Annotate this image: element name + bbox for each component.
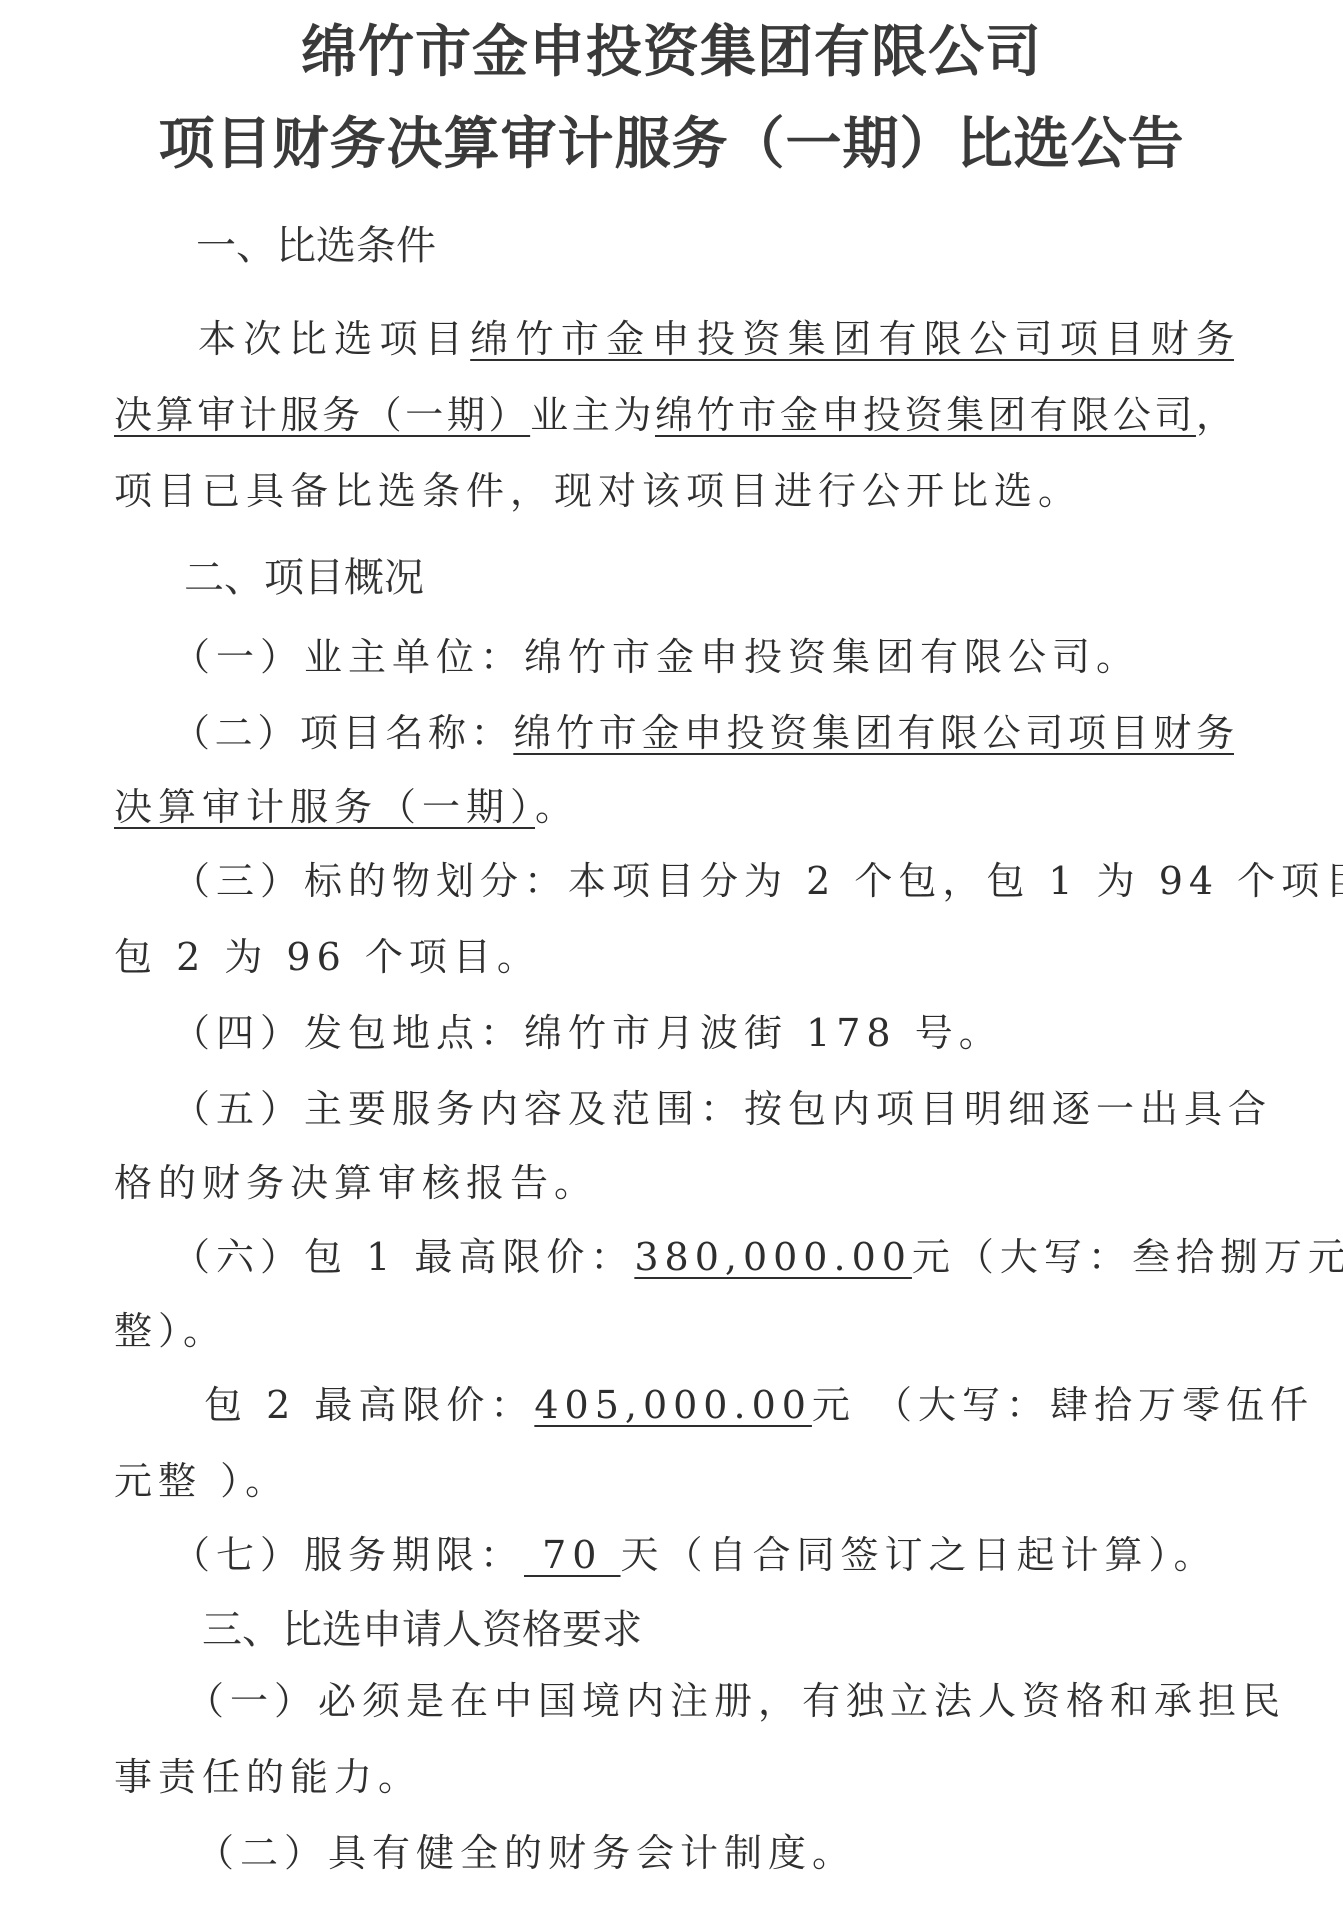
project-name-underlined: 绵竹市金申投资集团有限公司项目财务 xyxy=(513,711,1234,755)
project-name-underlined: 绵竹市金申投资集团有限公司项目财务 xyxy=(470,317,1234,361)
item-lot2-max-price: 包 2 最高限价：405,000.00元 （大写：肆拾万零伍仟 xyxy=(204,1374,1324,1429)
section1-paragraph-line3: 项目已具备比选条件，现对该项目进行公开比选。 xyxy=(114,460,1234,515)
qualification-item2: （二）具有健全的财务会计制度。 xyxy=(196,1822,1316,1877)
document-title-line1: 绵竹市金申投资集团有限公司 xyxy=(0,8,1343,88)
label: 包 2 最高限价： xyxy=(204,1383,534,1427)
section1-paragraph-line2: 决算审计服务（一期）业主为绵竹市金申投资集团有限公司， xyxy=(114,384,1234,439)
text: 业主为 xyxy=(530,393,655,437)
section1-paragraph-line1: 本次比选项目绵竹市金申投资集团有限公司项目财务 xyxy=(114,308,1234,363)
label: （七）服务期限： xyxy=(172,1533,524,1577)
item-service-scope-line2: 格的财务决算审核报告。 xyxy=(114,1152,1234,1207)
text: 天（自合同签订之日起计算）。 xyxy=(621,1533,1218,1577)
label: （二）项目名称： xyxy=(172,711,513,755)
item-lot1-max-price-line2: 整）。 xyxy=(114,1300,1234,1355)
text: 元 （大写：肆拾万零伍仟 xyxy=(812,1383,1314,1427)
project-name-underlined-cont: 决算审计服务（一期） xyxy=(114,785,535,829)
text: ， xyxy=(1196,393,1234,437)
item-service-period: （七）服务期限： 70 天（自合同签订之日起计算）。 xyxy=(172,1524,1292,1579)
project-name-underlined-cont: 决算审计服务（一期） xyxy=(114,393,530,437)
owner-name-underlined: 绵竹市金申投资集团有限公司 xyxy=(655,393,1196,437)
item-project-name-line1: （二）项目名称：绵竹市金申投资集团有限公司项目财务 xyxy=(172,702,1234,757)
item-lot2-max-price-line2: 元整 ）。 xyxy=(114,1450,1234,1505)
document-page: 绵竹市金申投资集团有限公司 项目财务决算审计服务（一期）比选公告 一、比选条件 … xyxy=(0,0,1343,1926)
section3-heading: 三、比选申请人资格要求 xyxy=(202,1598,642,1655)
qualification-item1-line2: 事责任的能力。 xyxy=(114,1746,1234,1801)
lot2-amount: 405,000.00 xyxy=(534,1383,812,1427)
item-owner-unit: （一）业主单位：绵竹市金申投资集团有限公司。 xyxy=(172,626,1292,681)
item-lot-division-line1: （三）标的物划分：本项目分为 2 个包，包 1 为 94 个项目， xyxy=(172,850,1292,905)
lot1-amount: 380,000.00 xyxy=(634,1235,912,1279)
service-days: 70 xyxy=(524,1533,621,1577)
section1-heading: 一、比选条件 xyxy=(196,214,436,271)
item-service-scope-line1: （五）主要服务内容及范围：按包内项目明细逐一出具合 xyxy=(172,1078,1292,1133)
item-project-name-line2: 决算审计服务（一期）。 xyxy=(114,776,1234,831)
text: 本次比选项目 xyxy=(114,317,470,361)
item-lot1-max-price: （六）包 1 最高限价：380,000.00元（大写：叁拾捌万元 xyxy=(172,1226,1292,1281)
text: 。 xyxy=(535,785,579,829)
item-lot-division-line2: 包 2 为 96 个项目。 xyxy=(114,926,1234,981)
section2-heading: 二、项目概况 xyxy=(184,546,424,603)
label: （六）包 1 最高限价： xyxy=(172,1235,634,1279)
text: 元（大写：叁拾捌万元 xyxy=(912,1235,1343,1279)
item-location: （四）发包地点：绵竹市月波街 178 号。 xyxy=(172,1002,1292,1057)
qualification-item1-line1: （一）必须是在中国境内注册，有独立法人资格和承担民 xyxy=(186,1670,1306,1725)
document-title-line2: 项目财务决算审计服务（一期）比选公告 xyxy=(0,100,1343,180)
